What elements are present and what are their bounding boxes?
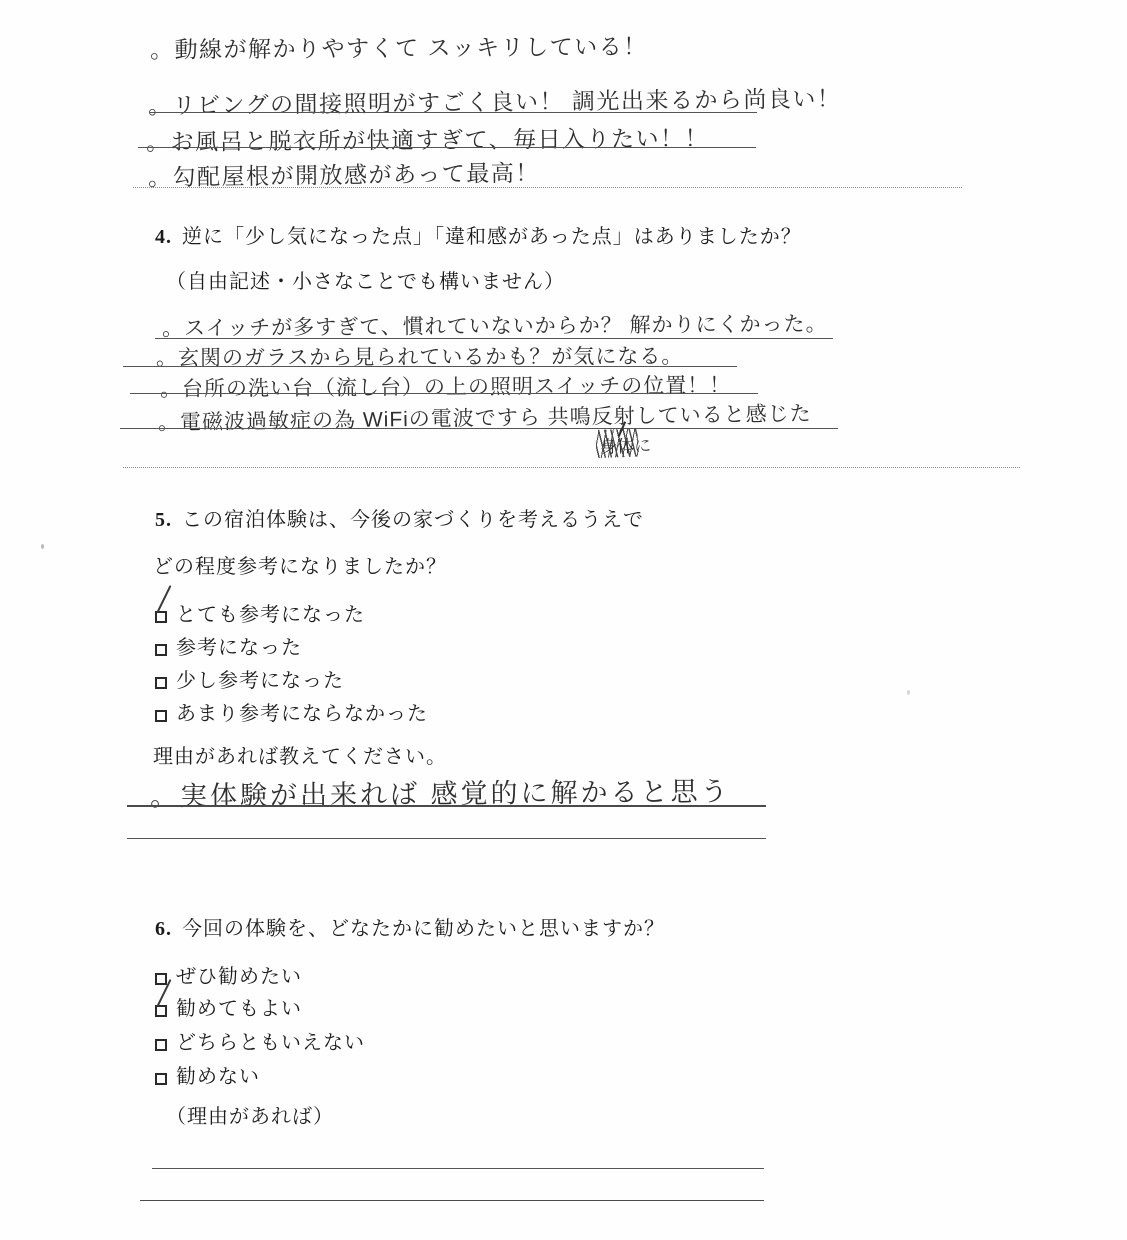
q5-option-1: とても参考になった [155, 598, 365, 627]
answer-rule-line [155, 338, 833, 339]
scan-artifact-speck [907, 690, 910, 695]
checkbox[interactable] [155, 710, 167, 722]
answer-rule-line [127, 838, 766, 839]
answer-rule-line [150, 112, 757, 113]
blank-answer-line [140, 1200, 764, 1201]
checkbox[interactable] [155, 1039, 167, 1051]
q5-option-4: あまり参考にならなかった [155, 697, 428, 726]
q4-answer-2: 。玄関のガラスから見られているかも？が気になる。 [156, 340, 683, 372]
option-label: どちらともいえない [176, 1032, 365, 1054]
q5-heading: 5.この宿泊体験は、今後の家づくりを考えるうえで [155, 503, 644, 532]
answer-rule-line [120, 428, 838, 429]
handwritten-insertion: 身体に [600, 431, 652, 458]
option-label: 勧めてもよい [176, 998, 302, 1020]
option-label: ぜひ勧めたい [176, 966, 302, 988]
checkbox[interactable] [155, 644, 167, 656]
handwritten-comment-3: 。お風呂と脱衣所が快適すぎて、毎日入りたい！！ [146, 120, 709, 157]
checkbox[interactable] [155, 1073, 167, 1085]
handwritten-check-mark [157, 585, 172, 613]
blank-answer-line [152, 1168, 764, 1169]
option-label: あまり参考にならなかった [176, 703, 428, 725]
handwritten-comment-2: 。リビングの間接照明がすごく良い！ 調光出来るから尚良い！ [148, 80, 842, 120]
answer-rule-line [130, 393, 758, 394]
q4-answer-4: 。電磁波過敏症の為 WiFiの電波ですら 共鳴反射していると感じた [158, 397, 812, 436]
q6-option-2: 勧めてもよい [155, 992, 302, 1021]
q6-option-4: 勧めない [155, 1060, 260, 1089]
option-label: 勧めない [176, 1066, 260, 1088]
q6-heading: 6.今回の体験を、どなたかに勧めたいと思いますか？ [155, 912, 665, 941]
q5-number: 5. [155, 509, 172, 531]
q4-question-text: 逆に「少し気になった点」「違和感があった点」はありましたか？ [182, 226, 802, 248]
q6-number: 6. [155, 918, 172, 940]
q4-note: （自由記述・小さなことでも構いません） [166, 265, 565, 294]
q5-reason-prompt: 理由があれば教えてください。 [153, 740, 447, 769]
q4-number: 4. [155, 226, 172, 248]
answer-rule-line-dotted [123, 467, 1020, 468]
q4-heading: 4.逆に「少し気になった点」「違和感があった点」はありましたか？ [155, 220, 802, 249]
q5-question-line2: どの程度参考になりましたか？ [153, 550, 447, 579]
q5-option-2: 参考になった [155, 631, 302, 660]
checkbox[interactable] [155, 611, 167, 623]
q6-option-3: どちらともいえない [155, 1026, 365, 1055]
q6-reason-prompt: （理由があれば） [166, 1100, 334, 1129]
option-label: とても参考になった [176, 604, 365, 626]
scanned-questionnaire-page: 。動線が解かりやすくて スッキリしている！ 。リビングの間接照明がすごく良い！ … [0, 0, 1127, 1240]
q4-answer-3: 。台所の洗い台（流し台）の上の照明スイッチの位置！！ [160, 369, 731, 403]
scan-artifact-speck [41, 544, 44, 549]
answer-rule-line [138, 147, 756, 148]
checkbox[interactable] [155, 973, 167, 985]
checkbox[interactable] [155, 1005, 167, 1017]
answer-rule-line [127, 805, 766, 807]
scribble-mark [595, 429, 638, 458]
q6-question-text: 今回の体験を、どなたかに勧めたいと思いますか？ [182, 918, 665, 940]
checkbox[interactable] [155, 677, 167, 689]
q5-question-line1: この宿泊体験は、今後の家づくりを考えるうえで [182, 509, 644, 531]
option-label: 少し参考になった [176, 670, 344, 692]
handwritten-comment-1: 。動線が解かりやすくて スッキリしている！ [150, 28, 648, 64]
q5-option-3: 少し参考になった [155, 664, 344, 693]
q6-option-1: ぜひ勧めたい [155, 960, 302, 989]
option-label: 参考になった [176, 637, 302, 659]
answer-rule-line [123, 366, 737, 367]
answer-rule-line-dotted [133, 187, 962, 188]
